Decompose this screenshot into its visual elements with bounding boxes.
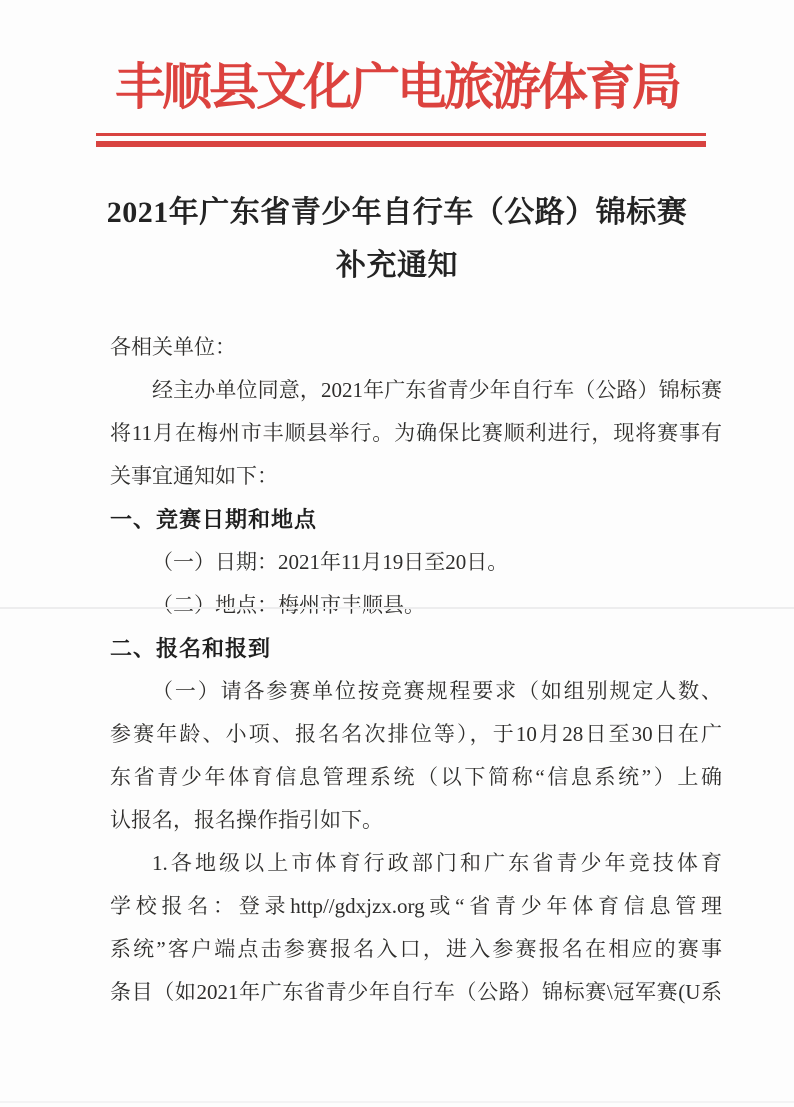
body-line-date: （一）日期：2021年11月19日至20日。 (110, 541, 722, 584)
document-title: 2021年广东省青少年自行车（公路）锦标赛 补充通知 (0, 186, 794, 292)
document-title-line2: 补充通知 (0, 239, 794, 292)
scan-artifact-band-bottom (0, 1101, 794, 1103)
body-line: 认报名，报名操作指引如下。 (110, 799, 722, 842)
body-line: 经主办单位同意，2021年广东省青少年自行车（公路）锦标赛 (110, 369, 722, 412)
letterhead-rule-thick (96, 141, 706, 147)
salutation: 各相关单位： (110, 326, 722, 369)
body-line: 参赛年龄、小项、报名名次排位等），于10月28日至30日在广 (110, 713, 722, 756)
scan-artifact-band (0, 607, 794, 609)
body-line: 系统”客户端点击参赛报名入口，进入参赛报名在相应的赛事 (110, 928, 722, 971)
body-line-location: （二）地点：梅州市丰顺县。 (110, 584, 722, 627)
body-line: （一）请各参赛单位按竞赛规程要求（如组别规定人数、 (110, 670, 722, 713)
document-body: 各相关单位： 经主办单位同意，2021年广东省青少年自行车（公路）锦标赛 将11… (110, 326, 722, 1014)
body-line: 1.各地级以上市体育行政部门和广东省青少年竞技体育 (110, 842, 722, 885)
section-heading-date-location: 一、竞赛日期和地点 (110, 498, 722, 541)
body-line-registration-url: 学校报名：登录http//gdxjzx.org或“省青少年体育信息管理 (110, 885, 722, 928)
document-page: { "letterhead": { "org_name": "丰顺县文化广电旅游… (0, 0, 794, 1107)
body-line: 将11月在梅州市丰顺县举行。为确保比赛顺利进行，现将赛事有 (110, 412, 722, 455)
document-title-line1: 2021年广东省青少年自行车（公路）锦标赛 (0, 186, 794, 239)
letterhead-rule-thin (96, 133, 706, 136)
letterhead-org-name: 丰顺县文化广电旅游体育局 (0, 58, 794, 116)
body-line: 关事宜通知如下： (110, 455, 722, 498)
section-heading-registration: 二、报名和报到 (110, 627, 722, 670)
body-line: 东省青少年体育信息管理系统（以下简称“信息系统”）上确 (110, 756, 722, 799)
body-line: 条目（如2021年广东省青少年自行车（公路）锦标赛\冠军赛(U系 (110, 971, 722, 1014)
